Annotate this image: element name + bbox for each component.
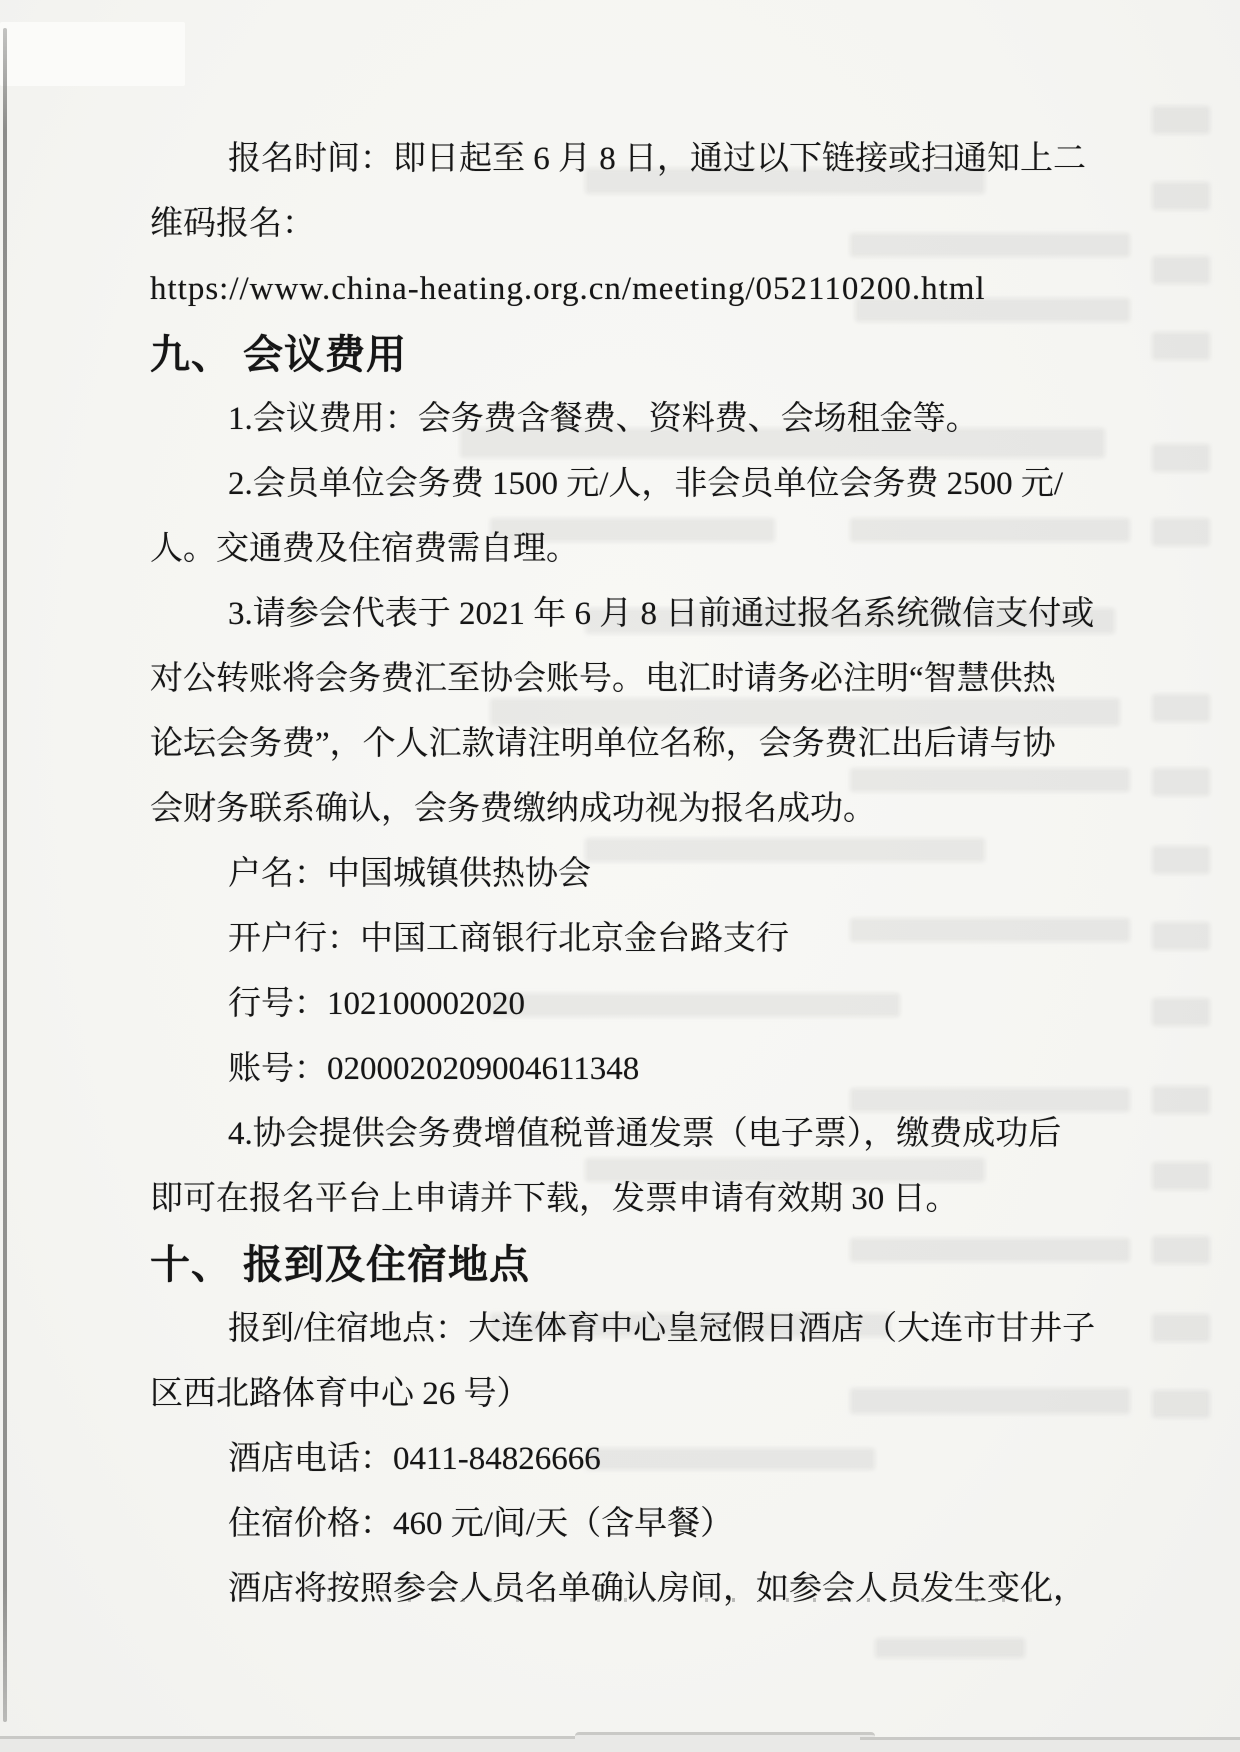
text-line: 2.会员单位会务费 1500 元/人，非会员单位会务费 2500 元/	[0, 452, 1240, 517]
text-line: 住宿价格：460 元/间/天（含早餐）	[0, 1492, 1240, 1557]
text-line: 区西北路体育中心 26 号）	[0, 1362, 1240, 1427]
text-line: 酒店将按照参会人员名单确认房间，如参会人员发生变化，	[0, 1557, 1240, 1622]
section-heading: 十、 报到及住宿地点	[0, 1232, 1240, 1297]
text-line: 户名：中国城镇供热协会	[0, 842, 1240, 907]
text-line: 1.会议费用：会务费含餐费、资料费、会场租金等。	[0, 387, 1240, 452]
text-line: 账号：0200020209004611348	[0, 1037, 1240, 1102]
text-line: 报到/住宿地点：大连体育中心皇冠假日酒店（大连市甘井子	[0, 1297, 1240, 1362]
text-line: 4.协会提供会务费增值税普通发票（电子票），缴费成功后	[0, 1102, 1240, 1167]
text-line: 报名时间：即日起至 6 月 8 日，通过以下链接或扫通知上二	[0, 127, 1240, 192]
paper-bottom-edge	[0, 1728, 1240, 1752]
paper-edge-segment	[860, 1737, 1240, 1752]
text-line: https://www.china-heating.org.cn/meeting…	[0, 257, 1240, 322]
text-line: 论坛会务费”，个人汇款请注明单位名称，会务费汇出后请与协	[0, 712, 1240, 777]
bleed-through-mark	[875, 1638, 1025, 1658]
paper-edge-segment	[575, 1732, 875, 1752]
text-line: 对公转账将会务费汇至协会账号。电汇时请务必注明“智慧供热	[0, 647, 1240, 712]
text-line: 酒店电话：0411-84826666	[0, 1427, 1240, 1492]
text-line: 3.请参会代表于 2021 年 6 月 8 日前通过报名系统微信支付或	[0, 582, 1240, 647]
text-line: 维码报名：	[0, 192, 1240, 257]
text-line: 行号：102100002020	[0, 972, 1240, 1037]
scanned-page: 报名时间：即日起至 6 月 8 日，通过以下链接或扫通知上二维码报名：https…	[0, 0, 1240, 1752]
text-line: 人。交通费及住宿费需自理。	[0, 517, 1240, 582]
text-line: 即可在报名平台上申请并下载，发票申请有效期 30 日。	[0, 1167, 1240, 1232]
paper-edge-segment	[0, 1736, 590, 1752]
section-heading: 九、 会议费用	[0, 322, 1240, 387]
scan-corner-artifact	[0, 22, 185, 86]
text-line: 开户行：中国工商银行北京金台路支行	[0, 907, 1240, 972]
text-line: 会财务联系确认，会务费缴纳成功视为报名成功。	[0, 777, 1240, 842]
document-body: 报名时间：即日起至 6 月 8 日，通过以下链接或扫通知上二维码报名：https…	[0, 127, 1240, 1622]
